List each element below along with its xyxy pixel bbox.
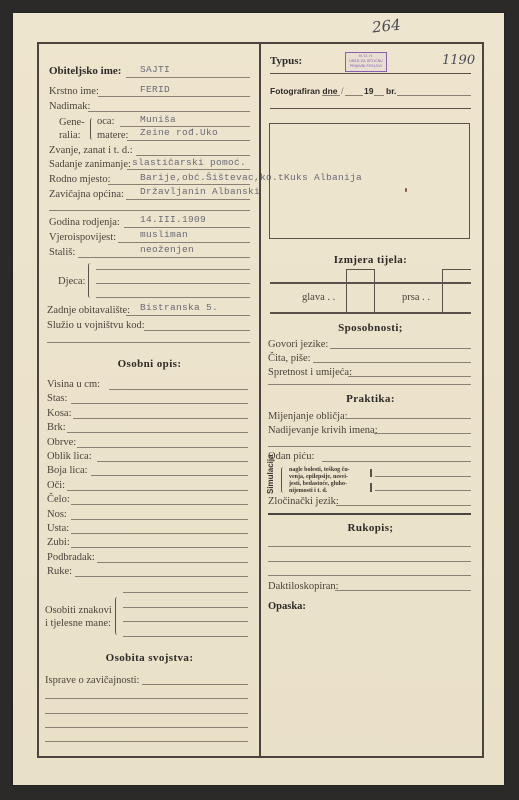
generalia-label-1: Gene- <box>59 117 85 128</box>
false-names-label: Nadijevanje krivih imena; <box>268 425 378 436</box>
marital-status-label: Stališ: <box>49 247 75 258</box>
simulation-line-2 <box>375 490 471 491</box>
skills-label: Spretnost i umijeća: <box>268 367 352 378</box>
blank-line <box>49 210 250 211</box>
simulation-brace-left <box>281 467 286 493</box>
abilities-heading: Sposobnosti; <box>270 322 471 334</box>
children-line-2 <box>96 283 250 284</box>
children-label: Djeca: <box>58 276 85 287</box>
nickname-line <box>88 111 250 112</box>
description-field-label: Čelo: <box>47 494 70 505</box>
handwriting-line-1 <box>268 546 471 547</box>
given-name-line <box>98 96 250 97</box>
given-name-value: FERID <box>140 84 170 95</box>
photo-year-line <box>374 95 384 96</box>
description-field-line <box>75 576 248 577</box>
simulation-line-1 <box>375 476 471 477</box>
description-field-label: Kosa: <box>47 408 72 419</box>
simulation-bar-2 <box>370 483 372 492</box>
description-field-line <box>71 547 248 548</box>
drinking-line <box>322 461 471 462</box>
description-field-line <box>91 475 248 476</box>
description-field-label: Ruke: <box>47 566 72 577</box>
documents-line-2 <box>45 698 248 699</box>
documents-line-1 <box>142 684 248 685</box>
military-label: Služio u vojništvu kod: <box>47 320 145 331</box>
description-field-line <box>97 562 248 563</box>
documents-label: Isprave o zavičajnosti: <box>45 675 139 686</box>
photo-number-label: br. <box>386 86 396 96</box>
description-field-line <box>71 504 248 505</box>
photo-section-line <box>270 108 471 109</box>
photo-month-line <box>345 95 363 96</box>
surname-line <box>126 77 250 78</box>
practice-end-line <box>268 513 471 515</box>
description-field-line <box>77 447 248 448</box>
occupation-value: slastičarski pomoć. <box>132 157 246 168</box>
father-value: Muniša <box>140 114 176 125</box>
measurements-heading: Izmjera tijela: <box>270 254 471 266</box>
head-label: glava . . <box>302 292 335 303</box>
marks-line-3 <box>123 621 248 622</box>
description-field-label: Oči: <box>47 480 65 491</box>
description-field-label: Stas: <box>47 393 67 404</box>
religion-line <box>118 242 250 243</box>
handwriting-heading: Rukopis; <box>270 522 471 534</box>
languages-label: Govori jezike: <box>268 339 328 350</box>
description-field-label: Boja lica: <box>47 465 88 476</box>
abilities-end-line <box>268 384 471 385</box>
ink-spot <box>405 188 407 192</box>
military-line-2 <box>47 342 250 343</box>
description-field-label: Zubi: <box>47 537 70 548</box>
reads-writes-label: Čita, piše: <box>268 353 311 364</box>
description-field-label: Brk: <box>47 422 66 433</box>
simulation-text-1: nagle bolesti, teškog ču- <box>289 467 350 474</box>
chest-measure-box <box>442 269 471 313</box>
description-field-line <box>71 533 248 534</box>
home-municipality-value: Državljanin Albanski <box>140 186 260 197</box>
languages-line <box>330 348 471 349</box>
mother-line <box>127 140 250 141</box>
remark-label: Opaska: <box>268 601 306 612</box>
documents-line-3 <box>45 713 248 714</box>
religion-label: Vjeroispovijest: <box>49 232 116 243</box>
generalia-brace <box>90 118 95 140</box>
title-trade-line <box>136 155 250 156</box>
description-field-line <box>71 403 248 404</box>
head-measure-box <box>346 269 375 313</box>
religion-value: musliman <box>140 229 188 240</box>
children-line-1 <box>96 269 250 270</box>
practice-blank-line <box>268 446 471 447</box>
column-divider <box>259 42 261 758</box>
typus-line <box>270 73 471 74</box>
description-heading: Osobni opis: <box>49 358 250 370</box>
fingerprinted-line <box>335 590 471 591</box>
description-field-line <box>71 519 248 520</box>
description-field-label: Usta: <box>47 523 69 534</box>
description-field-label: Obrve: <box>47 437 76 448</box>
photo-slash: / <box>341 86 344 96</box>
mother-value: Zeine rođ.Uko <box>140 127 218 138</box>
children-brace <box>88 263 93 298</box>
description-field-line <box>97 461 248 462</box>
reads-writes-line <box>313 362 471 363</box>
last-residence-value: Bistranska 5. <box>140 302 218 313</box>
skills-line <box>348 376 471 377</box>
description-field-line <box>109 389 248 390</box>
last-residence-label: Zadnje obitavalište: <box>47 305 130 316</box>
description-field-label: Podbradak: <box>47 552 95 563</box>
fingerprinted-label: Daktiloskopiran: <box>268 581 339 592</box>
birth-year-label: Godina rodjenja: <box>49 217 120 228</box>
criminal-language-line <box>336 505 471 506</box>
simulation-label: Simulacija <box>266 454 275 494</box>
description-field-label: Visina u cm: <box>47 379 100 390</box>
last-residence-line <box>126 315 250 316</box>
mother-label: matere: <box>97 130 128 141</box>
home-municipality-line <box>126 199 250 200</box>
marital-status-value: neoženjen <box>140 244 194 255</box>
disguise-label: Mijenjanje obličja: <box>268 411 348 422</box>
description-field-label: Nos: <box>47 509 67 520</box>
photo-year-prefix: 19 <box>364 86 373 96</box>
description-field-label: Oblik lica: <box>47 451 92 462</box>
photo-number-line <box>397 95 471 96</box>
documents-line-5 <box>45 741 248 742</box>
stamp-line-3: PRIJAVNI POSLOVI <box>346 64 386 69</box>
description-field-line <box>73 418 248 419</box>
simulation-text-3: jesti, bedastoće, gluho- <box>289 481 350 488</box>
marks-label-1: Osobiti znakovi <box>45 605 112 616</box>
traits-heading: Osobita svojstva: <box>49 652 250 664</box>
generalia-label-2: ralia: <box>59 130 81 141</box>
documents-line-4 <box>45 727 248 728</box>
practice-heading: Praktika: <box>270 393 471 405</box>
father-label: oca: <box>97 116 115 127</box>
disguise-line <box>345 418 471 419</box>
description-field-line <box>67 432 248 433</box>
description-field-line <box>67 490 248 491</box>
measure-bottom-line <box>270 312 471 314</box>
false-names-line <box>374 433 471 434</box>
marks-line-4 <box>123 636 248 637</box>
photo-box <box>269 123 470 239</box>
marital-status-line <box>78 257 250 258</box>
handwriting-line-3 <box>268 575 471 576</box>
given-name-label: Krstno ime: <box>49 86 99 97</box>
surname-label: Obiteljsko ime: <box>49 65 121 77</box>
home-municipality-label: Zavičajna općina: <box>49 189 124 200</box>
archive-stamp: N. D. H. URED ZA ISTOČNU PRIJAVNI POSLOV… <box>345 52 387 72</box>
marks-line-1 <box>123 592 248 593</box>
nickname-label: Nadimak: <box>49 101 90 112</box>
birth-year-line <box>124 227 250 228</box>
criminal-language-label: Zločinački jezik: <box>268 496 339 507</box>
photo-day-line <box>322 95 340 96</box>
chest-label: prsa . . <box>402 292 430 303</box>
handwriting-line-2 <box>268 561 471 562</box>
simulation-text-4: nijemosti i t. d. <box>289 488 350 495</box>
birth-year-value: 14.III.1909 <box>140 214 206 225</box>
marks-line-2 <box>123 607 248 608</box>
title-trade-label: Zvanje, zanat i t. d.: <box>49 145 133 156</box>
record-number: 1190 <box>442 53 475 68</box>
marks-brace <box>115 597 120 635</box>
occupation-label: Sadanje zanimanje: <box>49 159 131 170</box>
simulation-bar-1 <box>370 469 372 477</box>
children-line-3 <box>96 297 250 298</box>
occupation-line <box>127 169 250 170</box>
typus-label: Typus: <box>270 55 302 67</box>
marks-label-2: i tjelesne mane: <box>45 618 111 629</box>
birthplace-label: Rodno mjesto: <box>49 174 111 185</box>
page-number: 264 <box>371 16 401 37</box>
surname-value: SAJTI <box>140 64 170 75</box>
birthplace-line <box>108 184 250 185</box>
simulation-text: nagle bolesti, teškog ču- venja, epileps… <box>289 467 350 495</box>
simulation-text-2: venja, epilepsije, nesvi- <box>289 474 350 481</box>
military-line <box>144 330 250 331</box>
